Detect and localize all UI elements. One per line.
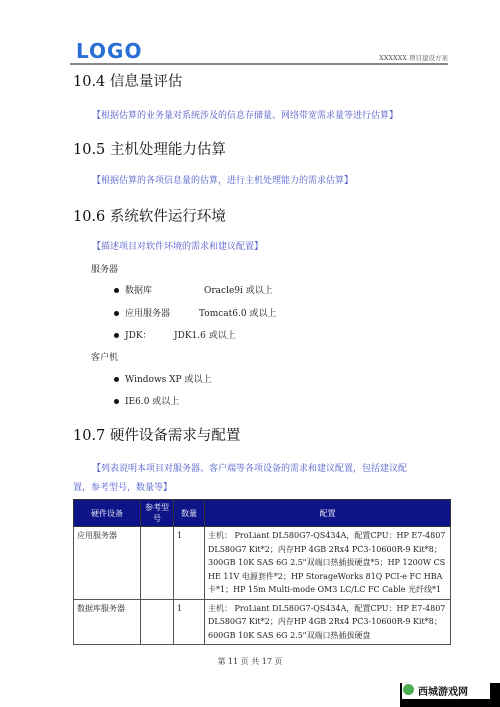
bullet-icon — [114, 377, 119, 382]
section-note-10-7-cont: 置，参考型号，数量等】 — [73, 480, 172, 493]
client-label: 客户机 — [91, 350, 118, 363]
cell-device: 应用服务器 — [74, 527, 141, 600]
list-item: Windows XP 或以上 — [114, 372, 211, 385]
cell-qty: 1 — [174, 599, 205, 645]
section-note-10-5: 【根据估算的各项信息量的估算，进行主机处理能力的需求估算】 — [92, 173, 353, 186]
bullet-icon — [114, 311, 119, 316]
cell-config: 主机： ProLiant DL580G7-QS434A，配置CPU：HP E7-… — [205, 527, 451, 600]
table-row: 数据库服务器 1 主机： ProLiant DL580G7-QS434A，配置C… — [74, 599, 451, 645]
list-item: 数据库 Oracle9i 或以上 — [114, 283, 414, 296]
document-title: XXXXXX 项目建设方案 — [379, 53, 448, 62]
column-header: 配置 — [205, 500, 451, 527]
cell-qty: 1 — [174, 527, 205, 600]
section-heading-10-6: 10.6 系统软件运行环境 — [73, 205, 226, 226]
list-item: JDK： JDK1.6 或以上 — [114, 328, 414, 341]
hardware-table: 硬件设备 参考型号 数量 配置 应用服务器 1 主机： ProLiant DL5… — [73, 499, 451, 645]
cell-model — [141, 527, 174, 600]
list-item: IE6.0 或以上 — [114, 394, 179, 407]
column-header: 硬件设备 — [74, 500, 141, 527]
logo: LOGO — [76, 39, 142, 63]
section-heading-10-4: 10.4 信息量评估 — [73, 70, 182, 91]
watermark-logo-icon — [403, 684, 414, 695]
watermark-text: 西城游戏网 — [418, 683, 468, 698]
header-divider — [70, 63, 448, 65]
table-header-row: 硬件设备 参考型号 数量 配置 — [74, 500, 451, 527]
cell-model — [141, 599, 174, 645]
server-label: 服务器 — [91, 262, 118, 275]
column-header: 数量 — [174, 500, 205, 527]
list-item: 应用服务器 Tomcat6.0 或以上 — [114, 306, 414, 319]
page-footer: 第 11 页 共 17 页 — [0, 656, 500, 667]
cell-config: 主机： ProLiant DL580G7-QS434A，配置CPU：HP E7-… — [205, 599, 451, 645]
bullet-icon — [114, 288, 119, 293]
column-header: 参考型号 — [141, 500, 174, 527]
section-heading-10-7: 10.7 硬件设备需求与配置 — [73, 424, 240, 445]
table-row: 应用服务器 1 主机： ProLiant DL580G7-QS434A，配置CP… — [74, 527, 451, 600]
section-heading-10-5: 10.5 主机处理能力估算 — [73, 138, 226, 159]
cell-device: 数据库服务器 — [74, 599, 141, 645]
section-note-10-4: 【根据估算的业务量对系统涉及的信息存储量、网络带宽需求量等进行估算】 — [92, 108, 398, 121]
bullet-icon — [114, 333, 119, 338]
section-note-10-7: 【列表说明本项目对服务器、客户端等各项设备的需求和建议配置，包括建议配 — [92, 461, 407, 474]
bullet-icon — [114, 399, 119, 404]
page-header: LOGO XXXXXX 项目建设方案 — [73, 36, 448, 66]
section-note-10-6: 【描述项目对软件环境的需求和建议配置】 — [92, 239, 263, 252]
